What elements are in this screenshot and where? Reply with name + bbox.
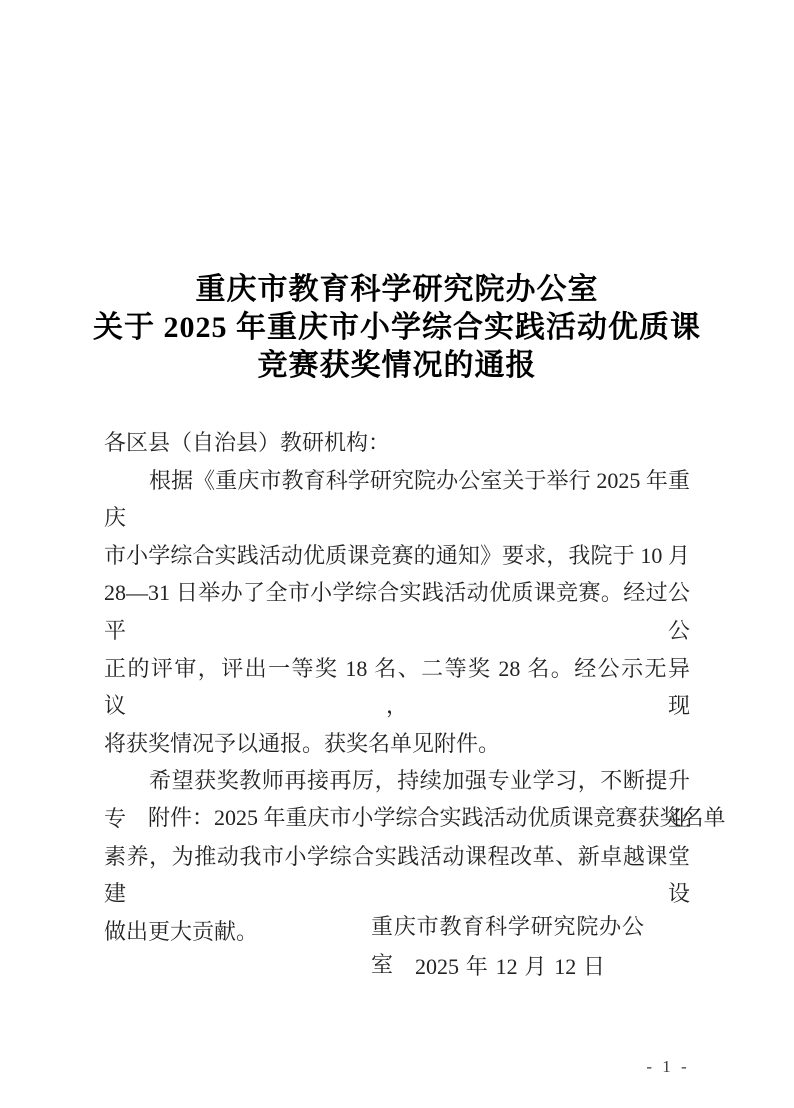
body-line: 28—31 日举办了全市小学综合实践活动优质课竞赛。经过公平公	[104, 574, 690, 649]
body-line: 正的评审，评出一等奖 18 名、二等奖 28 名。经公示无异议，现	[104, 650, 690, 725]
body-line: 根据《重庆市教育科学研究院办公室关于举行 2025 年重庆	[104, 462, 690, 537]
salutation-line: 各区县（自治县）教研机构：	[104, 424, 690, 462]
document-page: 重庆市教育科学研究院办公室 关于 2025 年重庆市小学综合实践活动优质课 竞赛…	[0, 0, 794, 1108]
document-title: 重庆市教育科学研究院办公室 关于 2025 年重庆市小学综合实践活动优质课 竞赛…	[0, 271, 794, 385]
title-line-1: 重庆市教育科学研究院办公室	[0, 271, 794, 309]
page-number: - 1 -	[636, 1056, 700, 1078]
title-line-3: 竞赛获奖情况的通报	[0, 347, 794, 385]
body-line: 将获奖情况予以通报。获奖名单见附件。	[104, 725, 690, 763]
attachment-line: 附件：2025 年重庆市小学综合实践活动优质课竞赛获奖名单	[148, 799, 708, 837]
body-line: 素养，为推动我市小学综合实践活动课程改革、新卓越课堂建设	[104, 838, 690, 913]
body-line: 市小学综合实践活动优质课竞赛的通知》要求，我院于 10 月	[104, 537, 690, 575]
date-line: 2025 年 12 月 12 日	[415, 948, 605, 986]
title-line-2: 关于 2025 年重庆市小学综合实践活动优质课	[0, 309, 794, 347]
document-body: 各区县（自治县）教研机构： 根据《重庆市教育科学研究院办公室关于举行 2025 …	[104, 424, 690, 950]
